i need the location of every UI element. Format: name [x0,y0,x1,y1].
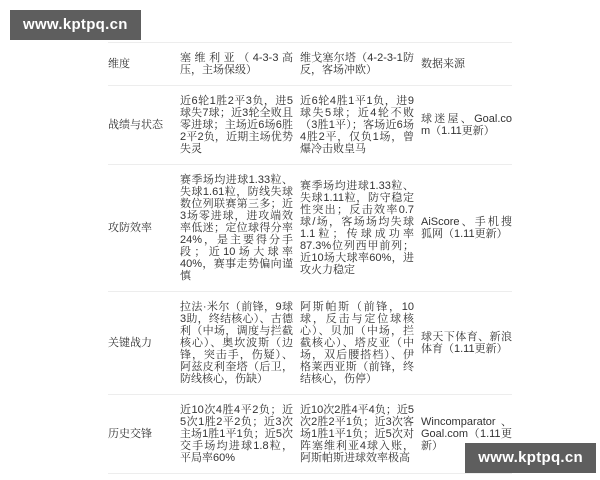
dimension-label: 攻防效率 [108,222,180,234]
team-a-cell: 近10次4胜4平2负；近5次1胜2平2负；近3次主场1胜1平1负；近5次交手场均… [180,404,300,464]
table-header-row: 维度 塞维利亚（4-3-3高压，主场保级） 维戈塞尔塔（4-2-3-1防反，客场… [108,42,512,86]
team-b-cell: 近10次2胜4平4负；近5次2胜2平1负；近3次客场1胜1平1负；近5次对阵塞维… [300,404,421,464]
site-watermark-bottom: www.kptpq.cn [465,443,596,473]
table-row-attack-defense: 攻防效率 赛季场均进球1.33粒、失球1.61粒，防线失球数位列联赛第三多；近3… [108,165,512,292]
team-a-cell: 近6轮1胜2平3负，进5球失7球；近3轮全败且零进球；主场近6场6胜2平2负，近… [180,95,300,155]
team-a-cell: 赛季场均进球1.33粒、失球1.61粒，防线失球数位列联赛第三多；近3场零进球，… [180,174,300,282]
team-b-cell: 近6轮4胜1平1负，进9球失5球；近4轮不败（3胜1平）；客场近6场4胜2平，仅… [300,95,421,155]
source-cell: 球天下体育、新浪体育（1.11更新） [421,331,512,355]
header-dimension: 维度 [108,58,180,70]
source-cell: 球迷屋、Goal.com（1.11更新） [421,113,512,137]
table-row-head-to-head: 历史交锋 近10次4胜4平2负；近5次1胜2平2负；近3次主场1胜1平1负；近5… [108,395,512,474]
source-cell: AiScore、手机搜狐网（1.11更新） [421,216,512,240]
header-data-source: 数据来源 [421,58,512,70]
header-team-a: 塞维利亚（4-3-3高压，主场保级） [180,52,300,76]
dimension-label: 关键战力 [108,337,180,349]
table-row-key-players: 关键战力 拉法·米尔（前锋，9球3助，终结核心）、古德利（中场，调度与拦截核心）… [108,292,512,395]
team-comparison-table: 维度 塞维利亚（4-3-3高压，主场保级） 维戈塞尔塔（4-2-3-1防反，客场… [108,42,512,474]
team-b-cell: 赛季场均进球1.33粒、失球1.11粒，防守稳定性突出；反击效率0.7球/场，客… [300,180,421,276]
dimension-label: 战绩与状态 [108,119,180,131]
site-watermark-top: www.kptpq.cn [10,10,141,40]
team-b-cell: 阿斯帕斯（前锋，10球，反击与定位球核心）、贝加（中场，拦截核心）、塔皮亚（中场… [300,301,421,385]
table-row-form-status: 战绩与状态 近6轮1胜2平3负，进5球失7球；近3轮全败且零进球；主场近6场6胜… [108,86,512,165]
team-a-cell: 拉法·米尔（前锋，9球3助，终结核心）、古德利（中场，调度与拦截核心）、奥坎波斯… [180,301,300,385]
dimension-label: 历史交锋 [108,428,180,440]
header-team-b: 维戈塞尔塔（4-2-3-1防反，客场冲欧） [300,52,421,76]
